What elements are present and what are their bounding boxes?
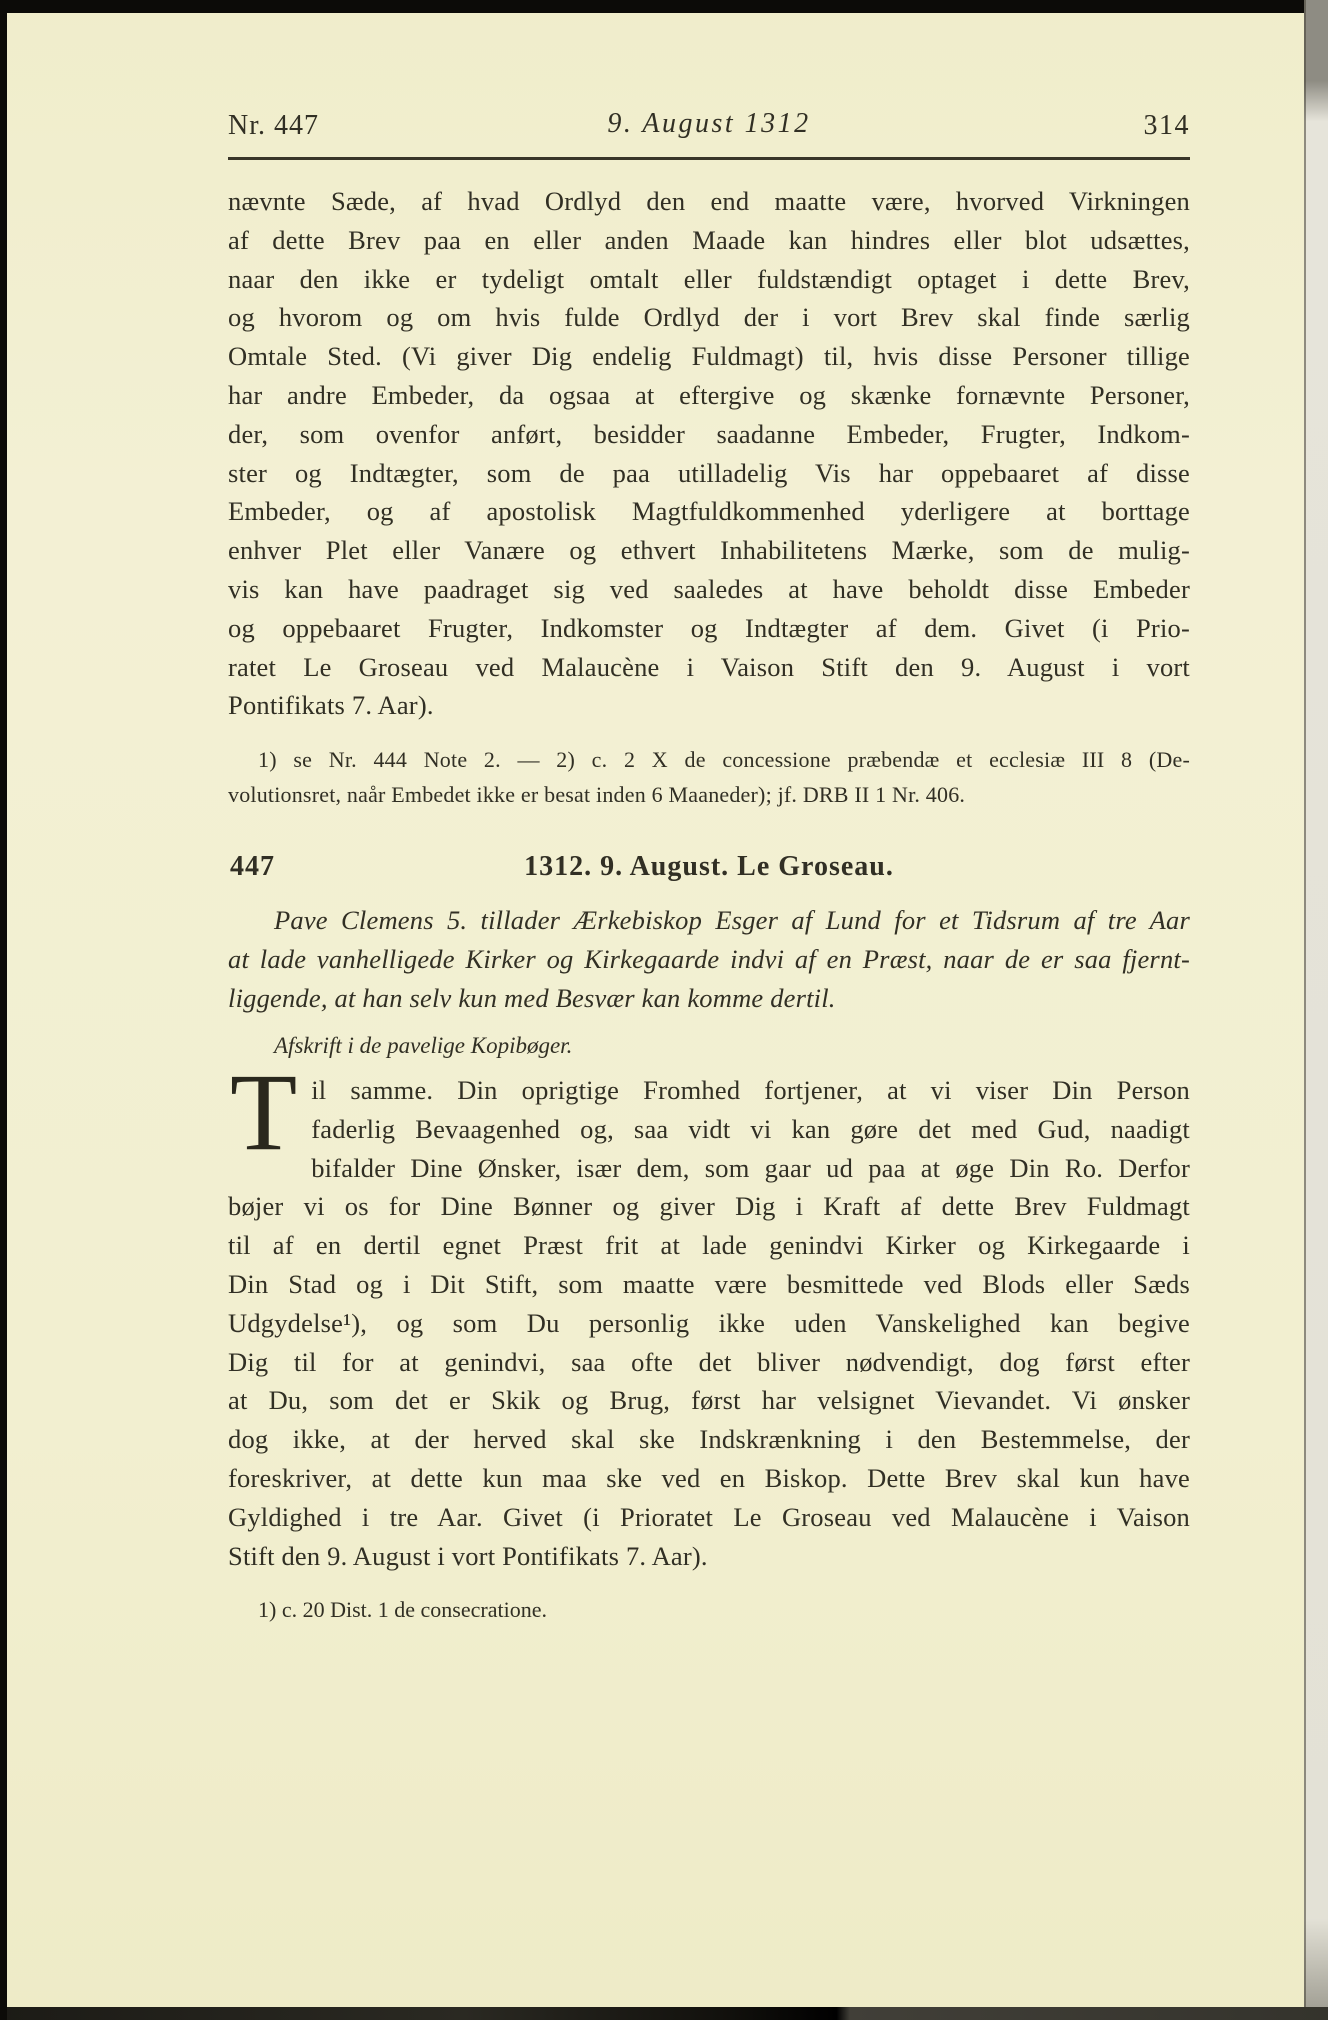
text-line: il samme. Din oprigtige Fromhed fortjene… — [228, 1071, 1190, 1110]
text-line: 1) se Nr. 444 Note 2. — 2) c. 2 X de con… — [228, 742, 1190, 777]
text-line: Gyldighed i tre Aar. Givet (i Prioratet … — [228, 1498, 1190, 1537]
entry-447-footnote: 1) c. 20 Dist. 1 de consecratione. — [228, 1592, 1190, 1627]
entry-447-title: 1312. 9. August. Le Groseau. — [228, 851, 1190, 883]
entry-447-summary: Pave Clemens 5. tillader Ærkebiskop Esge… — [228, 901, 1190, 1017]
text-line: vis kan have paadraget sig ved saaledes … — [228, 570, 1190, 609]
text-line: bifalder Dine Ønsker, især dem, som gaar… — [228, 1149, 1190, 1188]
text-line: Din Stad og i Dit Stift, som maatte være… — [228, 1265, 1190, 1304]
scan-edge-bottom — [0, 2007, 1328, 2020]
text-line: enhver Plet eller Vanære og ethvert Inha… — [228, 531, 1190, 570]
text-line: og oppebaaret Frugter, Indkomster og Ind… — [228, 609, 1190, 648]
text-line: Pontifikats 7. Aar). — [228, 686, 1190, 725]
text-line: Omtale Sted. (Vi giver Dig endelig Fuldm… — [228, 337, 1190, 376]
text-line: naar den ikke er tydeligt omtalt eller f… — [228, 260, 1190, 299]
page-number: 314 — [1144, 110, 1191, 142]
entry-447-number: 447 — [230, 851, 275, 883]
text-line: Embeder, og af apostolisk Magtfuldkommen… — [228, 492, 1190, 531]
drop-cap: T — [228, 1071, 311, 1151]
text-line: at Du, som det er Skik og Brug, først ha… — [228, 1381, 1190, 1420]
text-line: Pave Clemens 5. tillader Ærkebiskop Esge… — [228, 901, 1190, 940]
scan-edge-left — [0, 0, 7, 2020]
text-line: til af en dertil egnet Præst frit at lad… — [228, 1226, 1190, 1265]
entry-447-source-note: Afskrift i de pavelige Kopibøger. — [228, 1031, 1190, 1061]
text-line: Stift den 9. August i vort Pontifikats 7… — [228, 1537, 1190, 1576]
entry-446-body-continuation: nævnte Sæde, af hvad Ordlyd den end maat… — [228, 182, 1190, 725]
text-line: har andre Embeder, da ogsaa at eftergive… — [228, 376, 1190, 415]
text-line: bøjer vi os for Dine Bønner og giver Dig… — [228, 1187, 1190, 1226]
text-line: af dette Brev paa en eller anden Maade k… — [228, 221, 1190, 260]
text-line: faderlig Bevaagenhed og, saa vidt vi kan… — [228, 1110, 1190, 1149]
text-line: nævnte Sæde, af hvad Ordlyd den end maat… — [228, 182, 1190, 221]
entry-447-heading: 447 1312. 9. August. Le Groseau. — [228, 851, 1190, 893]
text-line: ster og Indtægter, som de paa utilladeli… — [228, 454, 1190, 493]
text-line: Udgydelse¹), og som Du personlig ikke ud… — [228, 1304, 1190, 1343]
text-line: volutionsret, naår Embedet ikke er besat… — [228, 777, 1190, 812]
text-line: Dig til for at genindvi, saa ofte det bl… — [228, 1343, 1190, 1382]
text-line: liggende, at han selv kun med Besvær kan… — [228, 979, 1190, 1018]
entry-446-footnotes: 1) se Nr. 444 Note 2. — 2) c. 2 X de con… — [228, 742, 1190, 812]
scanned-book-page: Nr. 447 9. August 1312 314 nævnte Sæde, … — [0, 0, 1328, 2020]
text-line: foreskriver, at dette kun maa ske ved en… — [228, 1459, 1190, 1498]
text-line: ratet Le Groseau ved Malaucène i Vaison … — [228, 648, 1190, 687]
text-line: og hvorom og om hvis fulde Ordlyd der i … — [228, 298, 1190, 337]
entry-447-body-lines: il samme. Din oprigtige Fromhed fortjene… — [228, 1071, 1190, 1575]
scan-edge-top — [0, 0, 1328, 13]
text-line: der, som ovenfor anført, besidder saadan… — [228, 415, 1190, 454]
entry-447-body: T il samme. Din oprigtige Fromhed fortje… — [228, 1071, 1190, 1575]
text-line: dog ikke, at der herved skal ske Indskræ… — [228, 1420, 1190, 1459]
scan-edge-right — [1304, 0, 1328, 2020]
running-date: 9. August 1312 — [228, 108, 1190, 140]
running-header: Nr. 447 9. August 1312 314 — [228, 100, 1190, 160]
text-line: at lade vanhelligede Kirker og Kirkegaar… — [228, 940, 1190, 979]
